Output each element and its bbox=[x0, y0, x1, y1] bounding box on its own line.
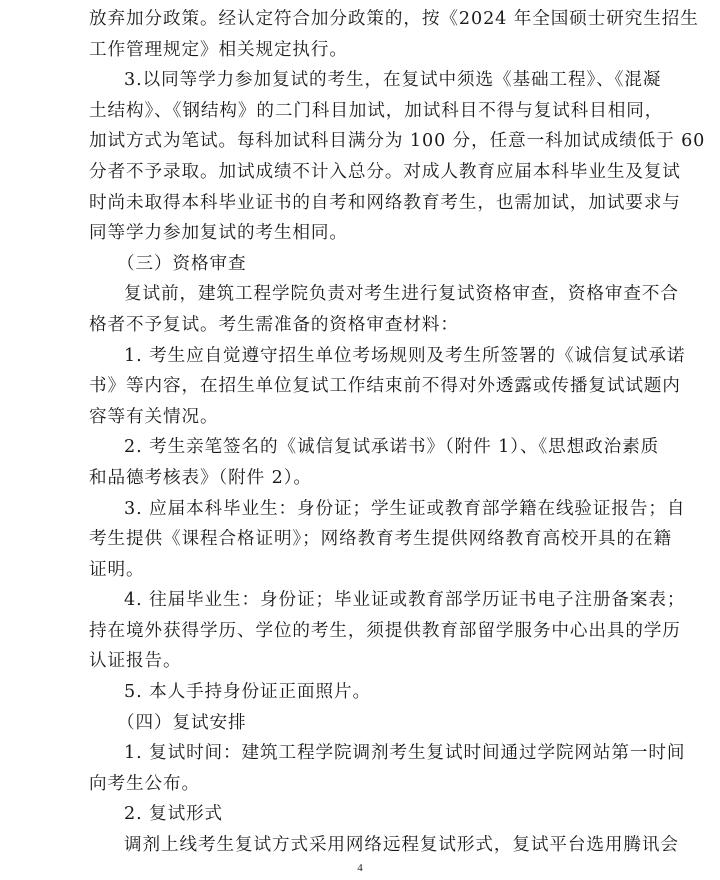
section-heading-interview-arrangement: （四）复试安排 bbox=[89, 708, 634, 739]
text-line: 放弃加分政策。经认定符合加分政策的，按《2024 年全国硕士研究生招生 bbox=[89, 4, 634, 35]
list-item-1: 1. 考生应自觉遵守招生单位考场规则及考生所签署的《诚信复试承诺 bbox=[89, 341, 634, 372]
list-item-3: 3. 应届本科毕业生：身份证；学生证或教育部学籍在线验证报告；自 bbox=[89, 494, 634, 525]
text-line: 同等学力参加复试的考生相同。 bbox=[89, 218, 634, 249]
text-line: 容等有关情况。 bbox=[89, 402, 634, 433]
section-heading-qualification-review: （三）资格审查 bbox=[89, 249, 634, 280]
text-line: 格者不予复试。考生需准备的资格审查材料： bbox=[89, 310, 634, 341]
page-number: 4 bbox=[0, 862, 720, 874]
paragraph-start: 3.以同等学力参加复试的考生，在复试中须选《基础工程》、《混凝 bbox=[89, 65, 634, 96]
list-item-5: 5. 本人手持身份证正面照片。 bbox=[89, 677, 634, 708]
text-line: 书》等内容，在招生单位复试工作结束前不得对外透露或传播复试试题内 bbox=[89, 371, 634, 402]
paragraph-start: 调剂上线考生复试方式采用网络远程复试形式，复试平台选用腾讯会 bbox=[89, 830, 634, 861]
text-line: 工作管理规定》相关规定执行。 bbox=[89, 35, 634, 66]
text-line: 分者不予录取。加试成绩不计入总分。对成人教育应届本科毕业生及复试 bbox=[89, 157, 634, 188]
list-item-2: 2. 考生亲笔签名的《诚信复试承诺书》（附件 1）、《思想政治素质 bbox=[89, 432, 634, 463]
text-line: 持在境外获得学历、学位的考生，须提供教育部留学服务中心出具的学历 bbox=[89, 616, 634, 647]
text-line: 和品德考核表》（附件 2）。 bbox=[89, 463, 634, 494]
text-line: 土结构》、《钢结构》的二门科目加试，加试科目不得与复试科目相同， bbox=[89, 96, 634, 127]
text-line: 加试方式为笔试。每科加试科目满分为 100 分，任意一科加试成绩低于 60 bbox=[89, 126, 634, 157]
paragraph-start: 复试前，建筑工程学院负责对考生进行复试资格审查，资格审查不合 bbox=[89, 279, 634, 310]
text-line: 证明。 bbox=[89, 555, 634, 586]
document-page: 放弃加分政策。经认定符合加分政策的，按《2024 年全国硕士研究生招生 工作管理… bbox=[89, 4, 634, 861]
text-line: 时尚未取得本科毕业证书的自考和网络教育考生，也需加试，加试要求与 bbox=[89, 188, 634, 219]
text-line: 认证报告。 bbox=[89, 646, 634, 677]
list-item-1: 1. 复试时间：建筑工程学院调剂考生复试时间通过学院网站第一时间 bbox=[89, 738, 634, 769]
text-line: 考生提供《课程合格证明》；网络教育考生提供网络教育高校开具的在籍 bbox=[89, 524, 634, 555]
text-line: 向考生公布。 bbox=[89, 769, 634, 800]
list-item-4: 4. 往届毕业生：身份证；毕业证或教育部学历证书电子注册备案表； bbox=[89, 585, 634, 616]
list-item-2: 2. 复试形式 bbox=[89, 799, 634, 830]
